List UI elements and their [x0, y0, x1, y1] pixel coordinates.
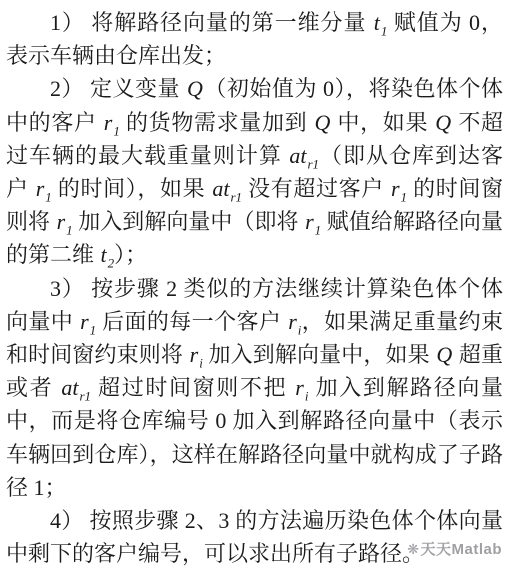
paragraph-step-3: 3） 按步骤 2 类似的方法继续计算染色体个体向量中 r1 后面的每一个客户 r…	[6, 272, 503, 504]
watermark-label: 天天Matlab	[420, 541, 502, 558]
document-text: 1） 将解路径向量的第一维分量 t1 赋值为 0，表示车辆由仓库出发；2） 定义…	[6, 6, 503, 566]
paragraph-step-1: 1） 将解路径向量的第一维分量 t1 赋值为 0，表示车辆由仓库出发；	[6, 6, 503, 72]
watermark-logo-icon: ❋	[407, 541, 419, 557]
paragraph-step-2: 2） 定义变量 Q（初始值为 0），将染色体个体中的客户 r1 的货物需求量加到…	[6, 72, 503, 271]
document-page: 1） 将解路径向量的第一维分量 t1 赋值为 0，表示车辆由仓库出发；2） 定义…	[0, 0, 505, 566]
watermark: ❋天天Matlab	[407, 538, 502, 559]
